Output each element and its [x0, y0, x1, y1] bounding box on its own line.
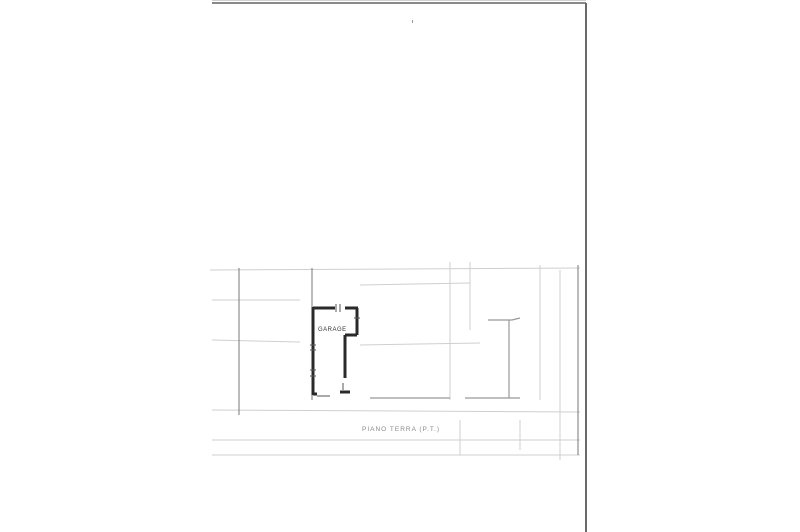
floor-plan-drawing — [0, 0, 800, 532]
room-label-garage: GARAGE — [318, 327, 347, 333]
adjacent-room-outline — [370, 318, 520, 398]
garage-walls — [313, 307, 358, 395]
garage-openings — [310, 304, 360, 396]
floor-plan-caption: PIANO TERRA (P.T.) — [362, 426, 440, 433]
scanned-page: GARAGE PIANO TERRA (P.T.) — [0, 0, 800, 532]
